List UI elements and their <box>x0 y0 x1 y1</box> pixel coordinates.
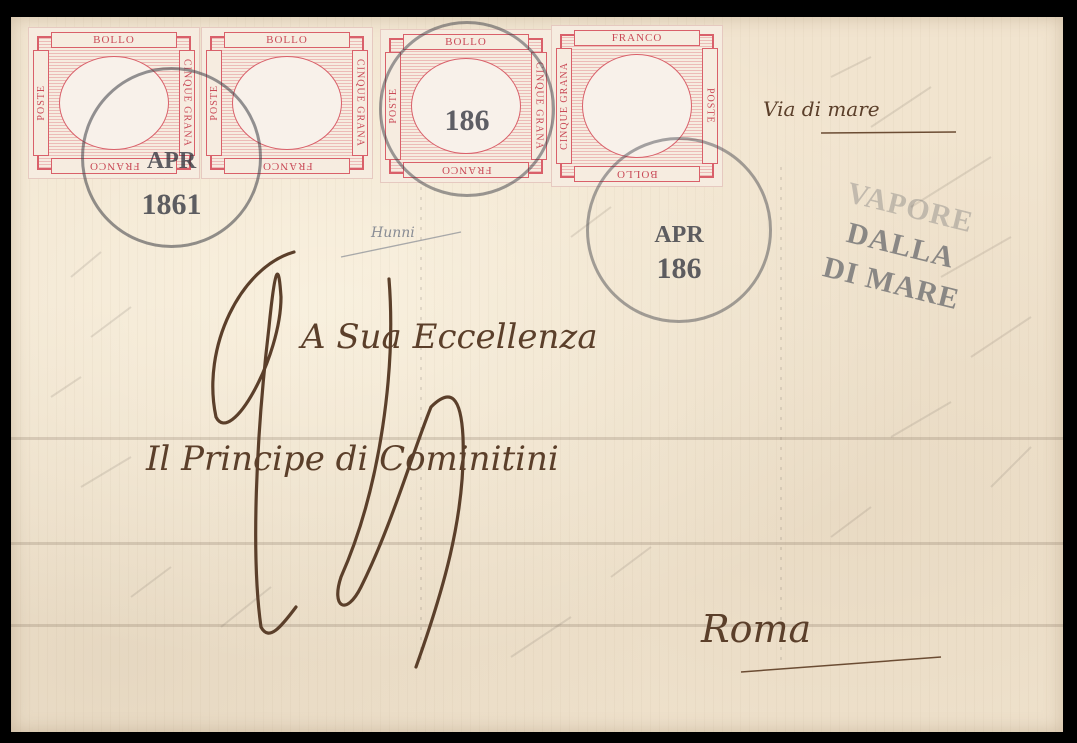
ink-underlines <box>11 17 1063 732</box>
destination: Roma <box>701 607 811 651</box>
folded-letter-cover: BOLLO FRANCO POSTE CINQUE GRANA BOLLO FR… <box>11 17 1063 732</box>
pencil-note: Hunni <box>371 225 415 241</box>
address-line-2: Il Principe di Cominitini <box>146 439 559 479</box>
rate-marking: 25 <box>259 347 260 348</box>
address-line-1: A Sua Eccellenza <box>301 317 598 357</box>
